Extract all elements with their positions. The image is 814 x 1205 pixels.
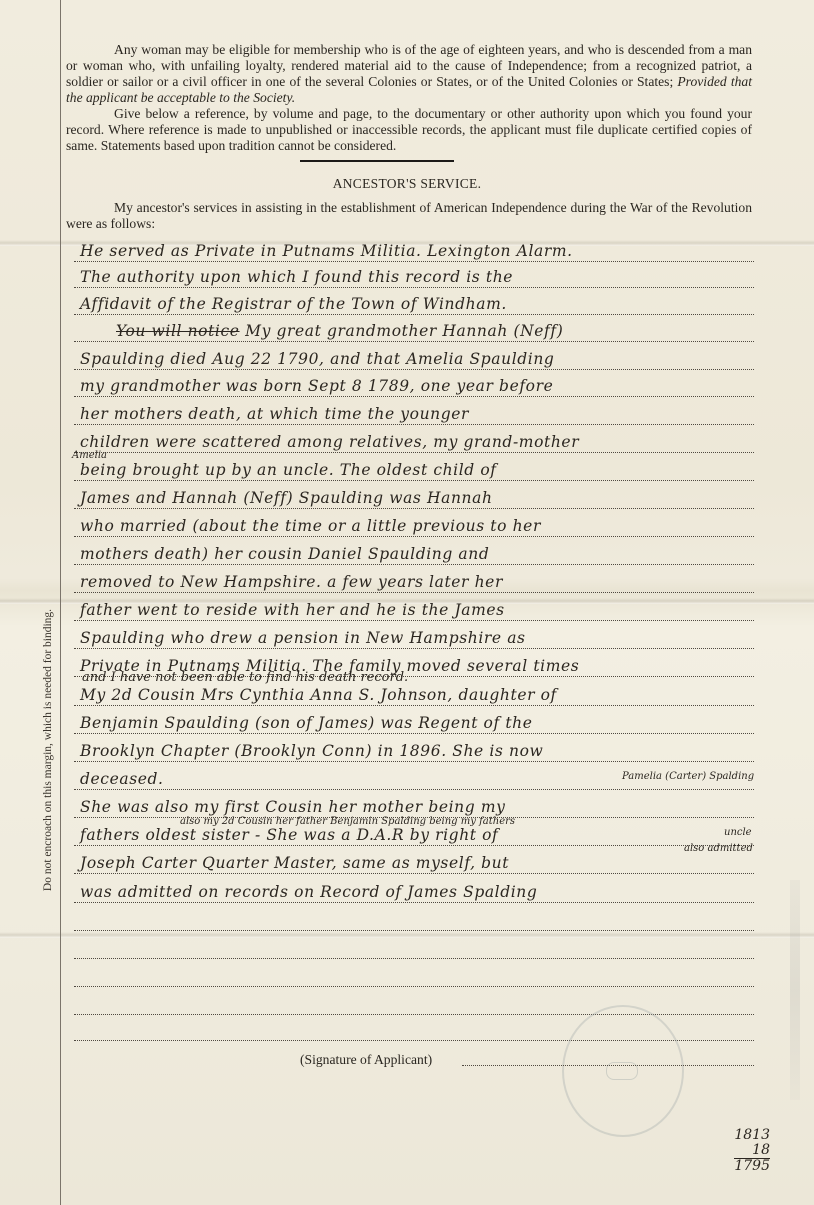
eligibility-text: Any woman may be eligible for membership… <box>66 42 752 89</box>
handwritten-text: was admitted on records on Record of Jam… <box>80 883 537 901</box>
handwritten-text: Spaulding died Aug 22 1790, and that Ame… <box>80 350 554 368</box>
entry-line <box>74 902 754 931</box>
signature-label: (Signature of Applicant) <box>300 1052 432 1068</box>
entry-line: fathers oldest sister - She was a D.A.R … <box>74 817 754 846</box>
reference-instructions: Give below a reference, by volume and pa… <box>66 106 752 154</box>
eligibility-instructions: Any woman may be eligible for membership… <box>66 42 752 154</box>
entry-line: deceased.Pamelia (Carter) Spalding <box>74 761 754 790</box>
entry-line: removed to New Hampshire. a few years la… <box>74 564 754 593</box>
handwritten-text: fathers oldest sister - She was a D.A.R … <box>80 826 498 844</box>
entry-line: Benjamin Spaulding (son of James) was Re… <box>74 705 754 734</box>
insertion-text: Amelia <box>72 450 107 461</box>
handwritten-text: Affidavit of the Registrar of the Town o… <box>80 295 507 313</box>
handwritten-text: Spaulding who drew a pension in New Hamp… <box>80 629 526 647</box>
handwritten-text: mothers death) her cousin Daniel Spauldi… <box>80 545 489 563</box>
entry-line: her mothers death, at which time the you… <box>74 396 754 425</box>
entry-line: being brought up by an uncle. The oldest… <box>74 452 754 481</box>
handwritten-text: father went to reside with her and he is… <box>80 601 505 619</box>
section-divider <box>300 160 454 162</box>
entry-line: who married (about the time or a little … <box>74 508 754 537</box>
entry-line: Spaulding who drew a pension in New Hamp… <box>74 620 754 649</box>
handwritten-text: He served as Private in Putnams Militia.… <box>80 242 573 260</box>
handwritten-text: children were scattered among relatives,… <box>80 433 579 451</box>
handwritten-text: Benjamin Spaulding (son of James) was Re… <box>80 714 533 732</box>
handwritten-text: deceased. <box>80 770 164 788</box>
entry-line: He served as Private in Putnams Militia.… <box>74 233 754 262</box>
handwritten-text: My 2d Cousin Mrs Cynthia Anna S. Johnson… <box>80 686 557 704</box>
handwritten-text: My great grandmother Hannah (Neff) <box>245 322 563 340</box>
signature-line <box>462 1065 754 1066</box>
entry-line: My 2d Cousin Mrs Cynthia Anna S. Johnson… <box>74 677 754 706</box>
insertion-text: Pamelia (Carter) Spalding <box>622 771 754 782</box>
reference-number: 1813 18 1795 <box>690 1128 770 1174</box>
handwritten-text: Brooklyn Chapter (Brooklyn Conn) in 1896… <box>80 742 543 760</box>
handwritten-text: my grandmother was born Sept 8 1789, one… <box>80 377 553 395</box>
entry-line: She was also my first Cousin her mother … <box>74 789 754 818</box>
entry-line: James and Hannah (Neff) Spaulding was Ha… <box>74 480 754 509</box>
entry-line: was admitted on records on Record of Jam… <box>74 874 754 903</box>
handwritten-text: her mothers death, at which time the you… <box>80 405 469 423</box>
handwritten-text: being brought up by an uncle. The oldest… <box>80 461 497 479</box>
section-heading: ANCESTOR'S SERVICE. <box>0 176 814 192</box>
entry-line: Affidavit of the Registrar of the Town o… <box>74 286 754 315</box>
handwritten-text: She was also my first Cousin her mother … <box>80 798 505 816</box>
entry-line: Private in Putnams Militia. The family m… <box>74 648 754 677</box>
handwritten-text: James and Hannah (Neff) Spaulding was Ha… <box>80 489 493 507</box>
entry-line: Joseph Carter Quarter Master, same as my… <box>74 845 754 874</box>
insertion-text: also my 2d Cousin her father Benjamin Sp… <box>180 816 515 827</box>
entry-line <box>74 986 754 1015</box>
handwritten-text: removed to New Hampshire. a few years la… <box>80 573 503 591</box>
handwritten-text: Joseph Carter Quarter Master, same as my… <box>80 854 509 872</box>
entry-line: my grandmother was born Sept 8 1789, one… <box>74 368 754 397</box>
entry-line <box>74 930 754 959</box>
entry-line: The authority upon which I found this re… <box>74 259 754 288</box>
binding-margin-note: Do not encroach on this margin, which is… <box>38 440 58 1060</box>
margin-note-text: Do not encroach on this margin, which is… <box>42 609 54 891</box>
struck-text: You will notice <box>116 322 240 340</box>
bleed-through-text <box>790 880 800 1100</box>
ref-number-top: 1813 <box>690 1128 770 1143</box>
entry-line: Brooklyn Chapter (Brooklyn Conn) in 1896… <box>74 733 754 762</box>
entry-line: father went to reside with her and he is… <box>74 592 754 621</box>
preamble-text: My ancestor's services in assisting in t… <box>66 200 752 232</box>
eligibility-paragraph: Any woman may be eligible for membership… <box>66 42 752 106</box>
entry-line: children were scattered among relatives,… <box>74 424 754 453</box>
service-preamble: My ancestor's services in assisting in t… <box>66 200 752 232</box>
entry-line <box>74 958 754 987</box>
handwritten-text: You will notice My great grandmother Han… <box>116 322 563 340</box>
insertion-text: uncle <box>724 827 752 838</box>
entry-line: Spaulding died Aug 22 1790, and that Ame… <box>74 341 754 370</box>
ref-number-middle: 18 <box>690 1143 770 1158</box>
insertion-text: also admitted <box>684 843 753 854</box>
handwritten-text: who married (about the time or a little … <box>80 517 541 535</box>
entry-line: You will notice My great grandmother Han… <box>74 313 754 342</box>
handwritten-text: The authority upon which I found this re… <box>80 268 513 286</box>
entry-line: mothers death) her cousin Daniel Spauldi… <box>74 536 754 565</box>
ref-number-bottom: 1795 <box>734 1158 770 1174</box>
